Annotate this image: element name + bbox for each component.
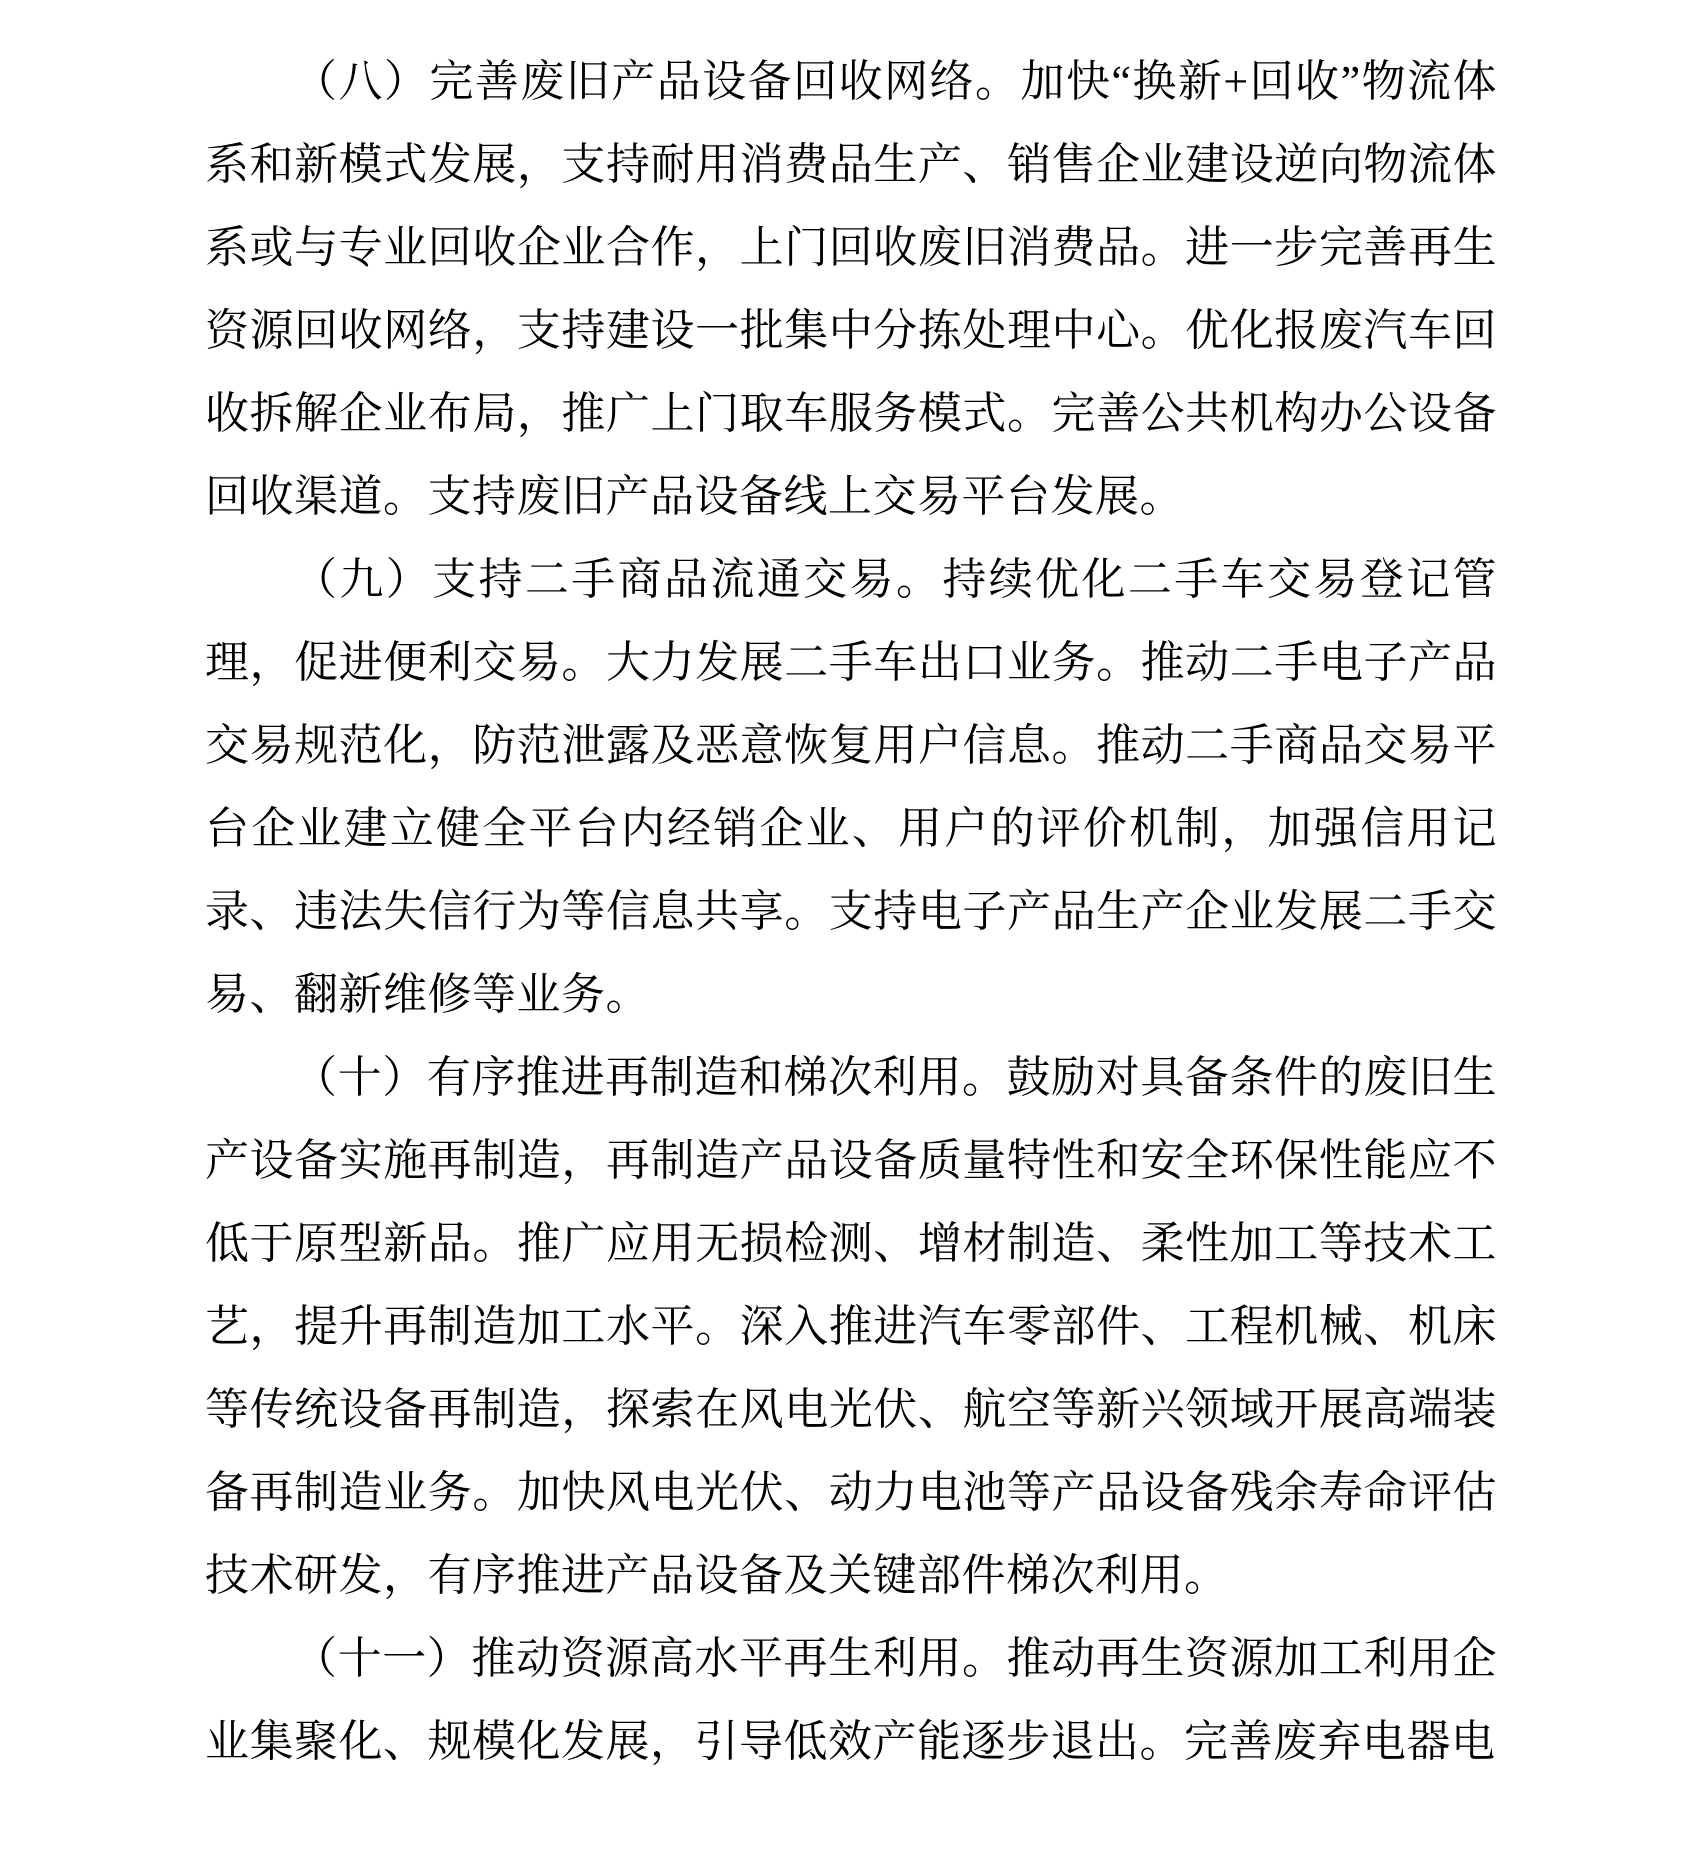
paragraph-11: （十一）推动资源高水平再生利用。推动再生资源加工利用企业集聚化、规模化发展，引导… <box>205 1617 1497 1783</box>
paragraph-8-body: 加快“换新+回收”物流体系和新模式发展，支持耐用消费品生产、销售企业建设逆向物流… <box>205 57 1497 521</box>
paragraph-9-heading: （九）支持二手商品流通交易。 <box>293 555 942 604</box>
paragraph-9-body: 持续优化二手车交易登记管理，促进便利交易。大力发展二手车出口业务。推动二手电子产… <box>205 555 1497 1019</box>
paragraph-9: （九）支持二手商品流通交易。持续优化二手车交易登记管理，促进便利交易。大力发展二… <box>205 538 1497 1036</box>
paragraph-10-heading: （十）有序推进再制造和梯次利用。 <box>293 1053 1007 1102</box>
document-page: （八）完善废旧产品设备回收网络。加快“换新+回收”物流体系和新模式发展，支持耐用… <box>0 0 1700 1858</box>
paragraph-8-heading: （八）完善废旧产品设备回收网络。 <box>293 57 1020 106</box>
paragraph-10-body: 鼓励对具备条件的废旧生产设备实施再制造，再制造产品设备质量特性和安全环保性能应不… <box>205 1053 1497 1600</box>
document-text-block: （八）完善废旧产品设备回收网络。加快“换新+回收”物流体系和新模式发展，支持耐用… <box>205 40 1497 1783</box>
paragraph-11-heading: （十一）推动资源高水平再生利用。 <box>293 1634 1007 1683</box>
paragraph-8: （八）完善废旧产品设备回收网络。加快“换新+回收”物流体系和新模式发展，支持耐用… <box>205 40 1497 538</box>
paragraph-10: （十）有序推进再制造和梯次利用。鼓励对具备条件的废旧生产设备实施再制造，再制造产… <box>205 1036 1497 1617</box>
